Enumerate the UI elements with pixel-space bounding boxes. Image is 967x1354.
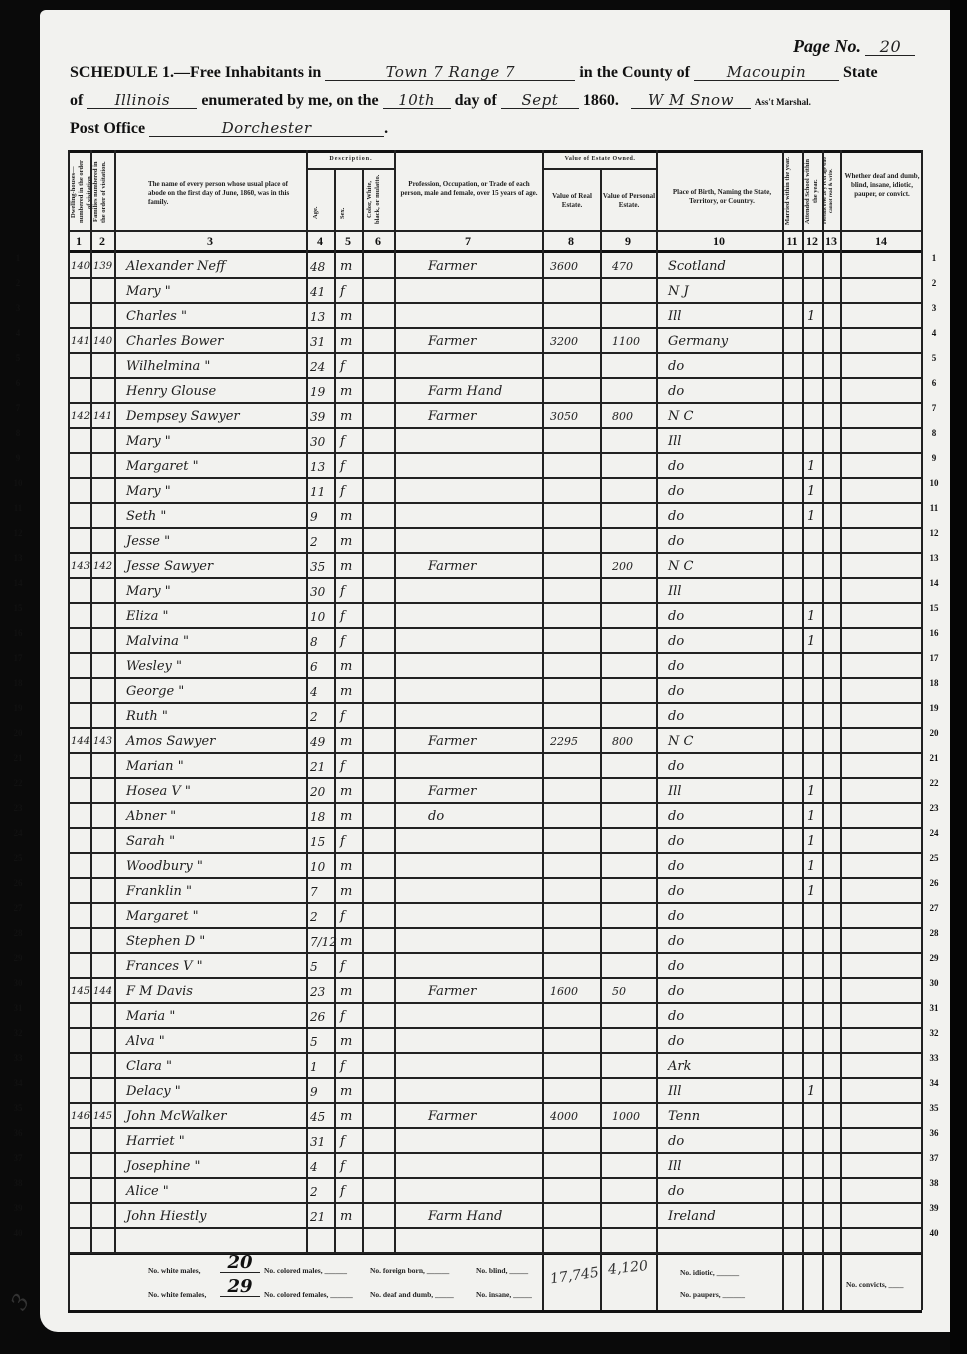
real-estate-value: 3050: [550, 403, 598, 427]
real-estate-value: [550, 553, 598, 577]
person-sex: m: [340, 853, 360, 877]
person-occupation: [428, 528, 538, 552]
white-females-value: 29: [220, 1278, 260, 1297]
family-number: [93, 1053, 113, 1077]
person-age: 10: [310, 603, 332, 627]
census-row: 23 Abner " 18 m do do 1 23: [68, 803, 922, 827]
enumeration-line: of Illinois enumerated by me, on the 10t…: [70, 92, 811, 110]
personal-estate-value: [612, 1078, 654, 1102]
school-mark: 1: [807, 453, 821, 477]
row-number-left: 37: [8, 1153, 28, 1163]
person-occupation: [428, 1028, 538, 1052]
birthplace: do: [668, 703, 778, 727]
census-row: 16 Malvina " 8 f do 1 16: [68, 628, 922, 652]
census-row: 27 Margaret " 2 f do 27: [68, 903, 922, 927]
state-label: State: [843, 64, 878, 81]
dwelling-number: 142: [71, 403, 89, 427]
real-estate-value: [550, 653, 598, 677]
person-occupation: [428, 503, 538, 527]
row-number-right: 24: [924, 828, 944, 838]
real-estate-value: [550, 1153, 598, 1177]
row-number-left: 36: [8, 1128, 28, 1138]
person-occupation: [428, 853, 538, 877]
person-age: 2: [310, 1178, 332, 1202]
dwelling-number: [71, 778, 89, 802]
personal-estate-value: [612, 478, 654, 502]
school-mark: 1: [807, 503, 821, 527]
row-number-right: 30: [924, 978, 944, 988]
real-estate-value: [550, 928, 598, 952]
real-estate-value: 3600: [550, 253, 598, 277]
census-row: 8 Mary " 30 f Ill 8: [68, 428, 922, 452]
person-sex: f: [340, 753, 360, 777]
dwelling-number: 145: [71, 978, 89, 1002]
school-mark: [807, 1028, 821, 1052]
census-row: 12 Jesse " 2 m do 12: [68, 528, 922, 552]
row-number-left: 34: [8, 1078, 28, 1088]
row-number-right: 10: [924, 478, 944, 488]
birthplace: do: [668, 503, 778, 527]
row-number-left: 26: [8, 878, 28, 888]
township-value: Town 7 Range 7: [325, 65, 575, 81]
row-number-left: 29: [8, 953, 28, 963]
personal-estate-value: [612, 903, 654, 927]
family-number: [93, 953, 113, 977]
dwelling-number: [71, 803, 89, 827]
person-occupation: Farmer: [428, 978, 538, 1002]
census-row: 30 145 144 F M Davis 23 m Farmer 1600 50…: [68, 978, 922, 1002]
person-age: 1: [310, 1053, 332, 1077]
birthplace: do: [668, 953, 778, 977]
school-mark: 1: [807, 778, 821, 802]
row-number-left: 8: [8, 428, 28, 438]
row-number-left: 25: [8, 853, 28, 863]
person-age: 49: [310, 728, 332, 752]
dwelling-number: [71, 653, 89, 677]
row-number-right: 39: [924, 1203, 944, 1213]
school-mark: [807, 428, 821, 452]
row-number-left: 21: [8, 753, 28, 763]
school-mark: 1: [807, 803, 821, 827]
census-row: 38 Alice " 2 f do 38: [68, 1178, 922, 1202]
row-number-right: 8: [924, 428, 944, 438]
census-sheet: Page No. 20 SCHEDULE 1.—Free Inhabitants…: [0, 0, 967, 1354]
birthplace: do: [668, 628, 778, 652]
real-estate-value: [550, 678, 598, 702]
dwelling-number: [71, 378, 89, 402]
dwelling-number: 141: [71, 328, 89, 352]
person-name: Josephine ": [126, 1153, 304, 1177]
census-row: 29 Frances V " 5 f do 29: [68, 953, 922, 977]
day-of-label: day of: [455, 92, 497, 109]
person-age: 48: [310, 253, 332, 277]
school-mark: [807, 978, 821, 1002]
family-number: [93, 853, 113, 877]
person-name: Wilhelmina ": [126, 353, 304, 377]
real-estate-value: [550, 878, 598, 902]
dwelling-number: 140: [71, 253, 89, 277]
person-occupation: [428, 678, 538, 702]
person-name: Amos Sawyer: [126, 728, 304, 752]
dwelling-number: [71, 1078, 89, 1102]
colored-females-label: No. colored females, ______: [264, 1290, 353, 1299]
description-header: Description.: [308, 155, 394, 164]
row-number-left: 4: [8, 328, 28, 338]
personal-estate-value: [612, 828, 654, 852]
person-age: 5: [310, 1028, 332, 1052]
col-age-header: Age.: [312, 200, 324, 226]
row-number-left: 40: [8, 1228, 28, 1238]
person-sex: m: [340, 803, 360, 827]
month-value: Sept: [501, 93, 579, 109]
birthplace: do: [668, 803, 778, 827]
real-estate-value: [550, 378, 598, 402]
census-row: 18 George " 4 m do 18: [68, 678, 922, 702]
school-mark: [807, 653, 821, 677]
person-sex: m: [340, 728, 360, 752]
col-sex-header: Sex.: [339, 200, 351, 226]
person-name: Ruth ": [126, 703, 304, 727]
real-estate-value: 4000: [550, 1103, 598, 1127]
dwelling-number: [71, 1128, 89, 1152]
person-occupation: [428, 1053, 538, 1077]
personal-estate-value: [612, 303, 654, 327]
of-label: of: [70, 92, 83, 109]
person-name: Maria ": [126, 1003, 304, 1027]
row-number-right: 16: [924, 628, 944, 638]
col-family-header: Families numbered in the order of visita…: [92, 158, 112, 226]
real-estate-value: [550, 303, 598, 327]
person-occupation: [428, 1078, 538, 1102]
birthplace: do: [668, 903, 778, 927]
family-number: [93, 603, 113, 627]
person-age: 11: [310, 478, 332, 502]
census-row: 39 John Hiestly 21 m Farm Hand Ireland 3…: [68, 1203, 922, 1227]
family-number: [93, 628, 113, 652]
row-number-left: 9: [8, 453, 28, 463]
schedule-label: SCHEDULE 1.—Free Inhabitants in: [70, 64, 321, 81]
family-number: [93, 578, 113, 602]
school-mark: [807, 1178, 821, 1202]
row-number-left: 35: [8, 1103, 28, 1113]
county-value: Macoupin: [694, 65, 839, 81]
row-number-left: 1: [8, 253, 28, 263]
real-estate-value: [550, 1203, 598, 1227]
col-number: 4: [306, 234, 334, 249]
school-mark: [807, 1128, 821, 1152]
row-number-left: 33: [8, 1053, 28, 1063]
personal-estate-total: 4,120: [607, 1258, 649, 1278]
dwelling-number: [71, 853, 89, 877]
person-occupation: [428, 653, 538, 677]
row-number-right: 14: [924, 578, 944, 588]
dwelling-number: [71, 478, 89, 502]
person-occupation: [428, 278, 538, 302]
post-office-label: Post Office: [70, 120, 145, 137]
real-estate-total: 17,745: [549, 1265, 600, 1288]
real-estate-value: [550, 478, 598, 502]
row-number-right: 7: [924, 403, 944, 413]
person-occupation: [428, 878, 538, 902]
row-number-right: 20: [924, 728, 944, 738]
real-estate-value: 2295: [550, 728, 598, 752]
enumerated-label: enumerated by me, on the: [201, 92, 378, 109]
family-number: [93, 453, 113, 477]
person-occupation: [428, 953, 538, 977]
person-sex: m: [340, 1028, 360, 1052]
row-number-right: 21: [924, 753, 944, 763]
person-occupation: [428, 753, 538, 777]
birthplace: do: [668, 1028, 778, 1052]
person-age: 8: [310, 628, 332, 652]
family-number: [93, 778, 113, 802]
school-mark: [807, 578, 821, 602]
family-number: [93, 428, 113, 452]
dwelling-number: [71, 353, 89, 377]
census-row: 31 Maria " 26 f do 31: [68, 1003, 922, 1027]
birthplace: do: [668, 603, 778, 627]
birthplace: do: [668, 928, 778, 952]
col-number: 6: [362, 234, 394, 249]
dwelling-number: [71, 878, 89, 902]
state-value: Illinois: [87, 93, 197, 109]
row-number-left: 19: [8, 703, 28, 713]
dwelling-number: [71, 428, 89, 452]
real-estate-value: [550, 1178, 598, 1202]
person-sex: f: [340, 1128, 360, 1152]
family-number: 141: [93, 403, 113, 427]
person-age: 13: [310, 303, 332, 327]
row-number-left: 18: [8, 678, 28, 688]
personal-estate-value: [612, 928, 654, 952]
person-occupation: do: [428, 803, 538, 827]
person-sex: m: [340, 303, 360, 327]
birthplace: Ireland: [668, 1203, 778, 1227]
person-occupation: Farmer: [428, 253, 538, 277]
row-number-right: 9: [924, 453, 944, 463]
person-sex: f: [340, 478, 360, 502]
person-sex: f: [340, 903, 360, 927]
person-age: 39: [310, 403, 332, 427]
school-mark: [807, 528, 821, 552]
family-number: [93, 303, 113, 327]
person-age: 9: [310, 503, 332, 527]
school-mark: 1: [807, 478, 821, 502]
census-row: 28 Stephen D " 7/12 m do 28: [68, 928, 922, 952]
family-number: [93, 1178, 113, 1202]
person-sex: m: [340, 328, 360, 352]
person-name: Wesley ": [126, 653, 304, 677]
school-mark: [807, 328, 821, 352]
row-number-left: 10: [8, 478, 28, 488]
personal-estate-value: [612, 603, 654, 627]
person-age: 24: [310, 353, 332, 377]
personal-estate-value: [612, 1178, 654, 1202]
birthplace: do: [668, 978, 778, 1002]
school-mark: [807, 753, 821, 777]
person-name: Alexander Neff: [126, 253, 304, 277]
dwelling-number: [71, 1053, 89, 1077]
personal-estate-value: [612, 578, 654, 602]
family-number: [93, 928, 113, 952]
personal-estate-value: [612, 1003, 654, 1027]
real-estate-value: [550, 1053, 598, 1077]
personal-estate-value: [612, 1228, 654, 1252]
census-row: 5 Wilhelmina " 24 f do 5: [68, 353, 922, 377]
person-occupation: [428, 828, 538, 852]
person-sex: f: [340, 578, 360, 602]
person-name: Sarah ": [126, 828, 304, 852]
birthplace: do: [668, 478, 778, 502]
birthplace: Ill: [668, 428, 778, 452]
person-sex: f: [340, 1003, 360, 1027]
real-estate-value: 1600: [550, 978, 598, 1002]
birthplace: Ill: [668, 1153, 778, 1177]
person-occupation: [428, 628, 538, 652]
personal-estate-value: [612, 628, 654, 652]
person-age: 2: [310, 703, 332, 727]
person-age: [310, 1228, 332, 1252]
person-sex: f: [340, 1053, 360, 1077]
col-number: 10: [656, 234, 782, 249]
person-age: 21: [310, 1203, 332, 1227]
person-name: Harriet ": [126, 1128, 304, 1152]
real-estate-value: [550, 1028, 598, 1052]
white-females-label: No. white females,: [148, 1290, 206, 1299]
real-estate-value: [550, 1128, 598, 1152]
family-number: [93, 1128, 113, 1152]
person-sex: m: [340, 1078, 360, 1102]
census-row: 7 142 141 Dempsey Sawyer 39 m Farmer 305…: [68, 403, 922, 427]
row-number-right: 5: [924, 353, 944, 363]
person-name: Margaret ": [126, 453, 304, 477]
school-mark: 1: [807, 853, 821, 877]
paupers-label: No. paupers, ______: [680, 1290, 745, 1299]
school-mark: [807, 1228, 821, 1252]
person-sex: m: [340, 553, 360, 577]
school-mark: [807, 1203, 821, 1227]
census-row: 26 Franklin " 7 m do 1 26: [68, 878, 922, 902]
table-top-border: [68, 150, 922, 153]
person-occupation: [428, 903, 538, 927]
person-name: Jesse ": [126, 528, 304, 552]
person-age: 4: [310, 1153, 332, 1177]
col-disability-header: Whether deaf and dumb, blind, insane, id…: [844, 172, 920, 199]
family-number: [93, 903, 113, 927]
row-number-left: 28: [8, 928, 28, 938]
person-occupation: [428, 428, 538, 452]
row-divider: [68, 1252, 922, 1254]
person-occupation: [428, 478, 538, 502]
colored-males-label: No. colored males, ______: [264, 1266, 347, 1275]
person-age: 45: [310, 1103, 332, 1127]
family-number: [93, 703, 113, 727]
row-number-right: 29: [924, 953, 944, 963]
person-occupation: Farmer: [428, 728, 538, 752]
row-number-left: 38: [8, 1178, 28, 1188]
idiotic-label: No. idiotic, ______: [680, 1268, 739, 1277]
birthplace: do: [668, 653, 778, 677]
person-sex: f: [340, 603, 360, 627]
person-name: F M Davis: [126, 978, 304, 1002]
value-estate-header: Value of Estate Owned.: [544, 155, 656, 164]
person-age: 13: [310, 453, 332, 477]
school-mark: [807, 903, 821, 927]
family-number: [93, 1078, 113, 1102]
col-number: 2: [90, 234, 114, 249]
birthplace: do: [668, 1178, 778, 1202]
personal-estate-value: [612, 1153, 654, 1177]
dwelling-number: [71, 503, 89, 527]
row-number-right: 22: [924, 778, 944, 788]
person-occupation: [428, 703, 538, 727]
census-row: 19 Ruth " 2 f do 19: [68, 703, 922, 727]
convicts-label: No. convicts, ____: [846, 1280, 904, 1289]
personal-estate-value: 800: [612, 403, 654, 427]
census-table: Dwelling-houses—numbered in the order of…: [68, 150, 922, 1310]
row-number-right: 36: [924, 1128, 944, 1138]
person-age: 35: [310, 553, 332, 577]
real-estate-value: [550, 528, 598, 552]
page-number-label: Page No.: [793, 36, 861, 56]
birthplace: do: [668, 878, 778, 902]
personal-estate-value: [612, 453, 654, 477]
dwelling-number: [71, 1028, 89, 1052]
person-occupation: [428, 603, 538, 627]
family-number: 145: [93, 1103, 113, 1127]
person-age: 7/12: [310, 928, 332, 952]
census-row: 3 Charles " 13 m Ill 1 3: [68, 303, 922, 327]
person-sex: f: [340, 1153, 360, 1177]
person-sex: f: [340, 353, 360, 377]
margin-annotation: 3: [7, 1290, 36, 1315]
census-row: 4 141 140 Charles Bower 31 m Farmer 3200…: [68, 328, 922, 352]
row-number-right: 3: [924, 303, 944, 313]
personal-estate-value: [612, 778, 654, 802]
family-number: [93, 528, 113, 552]
insane-label: No. insane, _____: [476, 1290, 532, 1299]
dwelling-number: [71, 953, 89, 977]
col-number: 12: [802, 234, 822, 249]
row-number-left: 6: [8, 378, 28, 388]
row-number-right: 13: [924, 553, 944, 563]
person-sex: f: [340, 953, 360, 977]
birthplace: N C: [668, 728, 778, 752]
row-number-right: 38: [924, 1178, 944, 1188]
personal-estate-value: [612, 503, 654, 527]
person-sex: m: [340, 653, 360, 677]
real-estate-value: [550, 353, 598, 377]
person-name: Clara ": [126, 1053, 304, 1077]
person-sex: f: [340, 453, 360, 477]
family-number: [93, 1028, 113, 1052]
family-number: [93, 878, 113, 902]
family-number: 143: [93, 728, 113, 752]
person-age: 41: [310, 278, 332, 302]
person-occupation: Farm Hand: [428, 1203, 538, 1227]
birthplace: do: [668, 453, 778, 477]
personal-estate-value: [612, 1053, 654, 1077]
family-number: [93, 1203, 113, 1227]
marshal-label: Ass't Marshal.: [755, 97, 811, 107]
value-estate-underline: [542, 168, 656, 170]
row-number-left: 2: [8, 278, 28, 288]
census-row: 11 Seth " 9 m do 1 11: [68, 503, 922, 527]
person-sex: f: [340, 828, 360, 852]
person-occupation: Farmer: [428, 1103, 538, 1127]
table-bottom-border: [68, 1310, 922, 1313]
census-row: 35 146 145 John McWalker 45 m Farmer 400…: [68, 1103, 922, 1127]
